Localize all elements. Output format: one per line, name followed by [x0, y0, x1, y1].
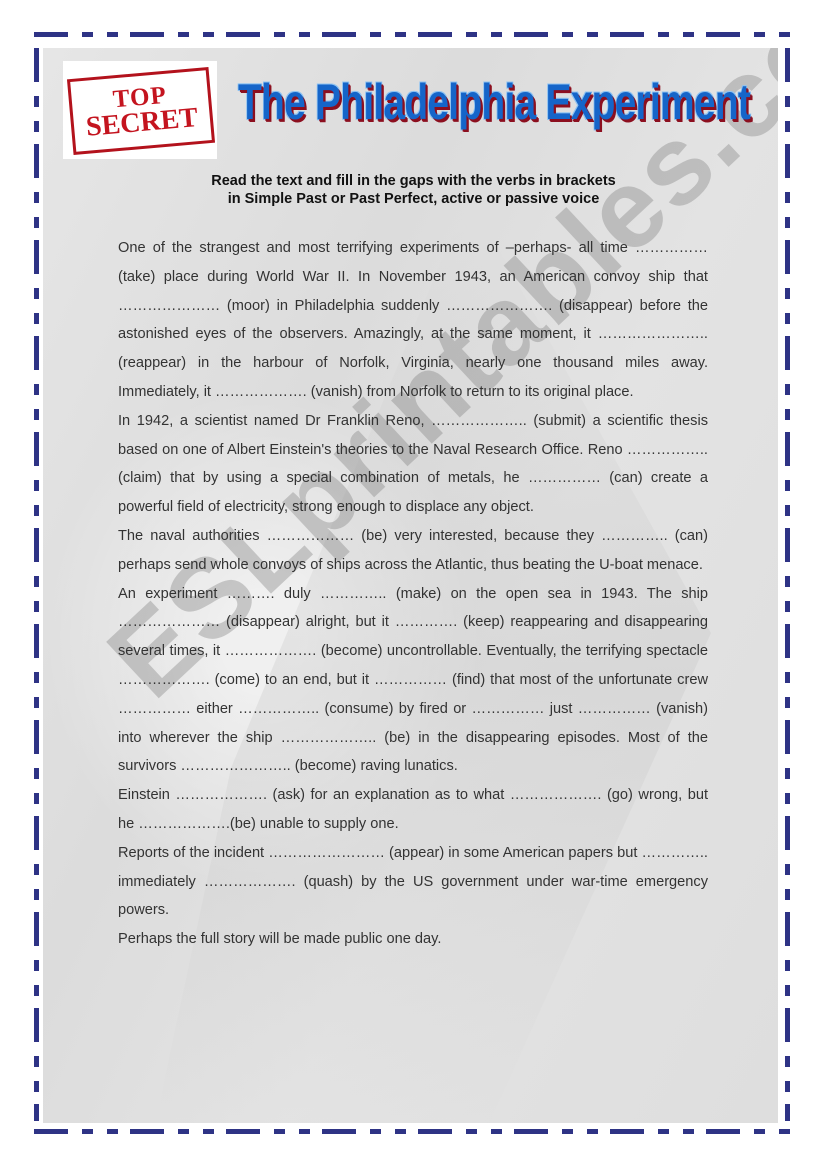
paragraph: Reports of the incident …………………… (appear… [118, 839, 708, 925]
page-title: The Philadelphia Experiment [238, 72, 651, 132]
paragraph: One of the strangest and most terrifying… [118, 234, 708, 407]
border-right [785, 48, 790, 1121]
border-top [34, 32, 790, 37]
border-left [34, 48, 39, 1121]
instructions-line-1: Read the text and fill in the gaps with … [100, 172, 727, 190]
top-secret-stamp: TOP SECRET [63, 61, 217, 159]
paragraph: An experiment ………. duly ………….. (make) on… [118, 580, 708, 782]
stamp-line-secret: SECRET [85, 105, 199, 141]
stamp-frame: TOP SECRET [67, 67, 215, 155]
paragraph: Perhaps the full story will be made publ… [118, 925, 708, 954]
paragraph: In 1942, a scientist named Dr Franklin R… [118, 407, 708, 522]
paragraph: The naval authorities ……………… (be) very i… [118, 522, 708, 580]
border-bottom [34, 1129, 790, 1134]
instructions-line-2: in Simple Past or Past Perfect, active o… [100, 190, 727, 208]
exercise-text: One of the strangest and most terrifying… [118, 234, 708, 954]
paragraph: Einstein ………………. (ask) for an explanatio… [118, 781, 708, 839]
instructions: Read the text and fill in the gaps with … [100, 172, 727, 208]
